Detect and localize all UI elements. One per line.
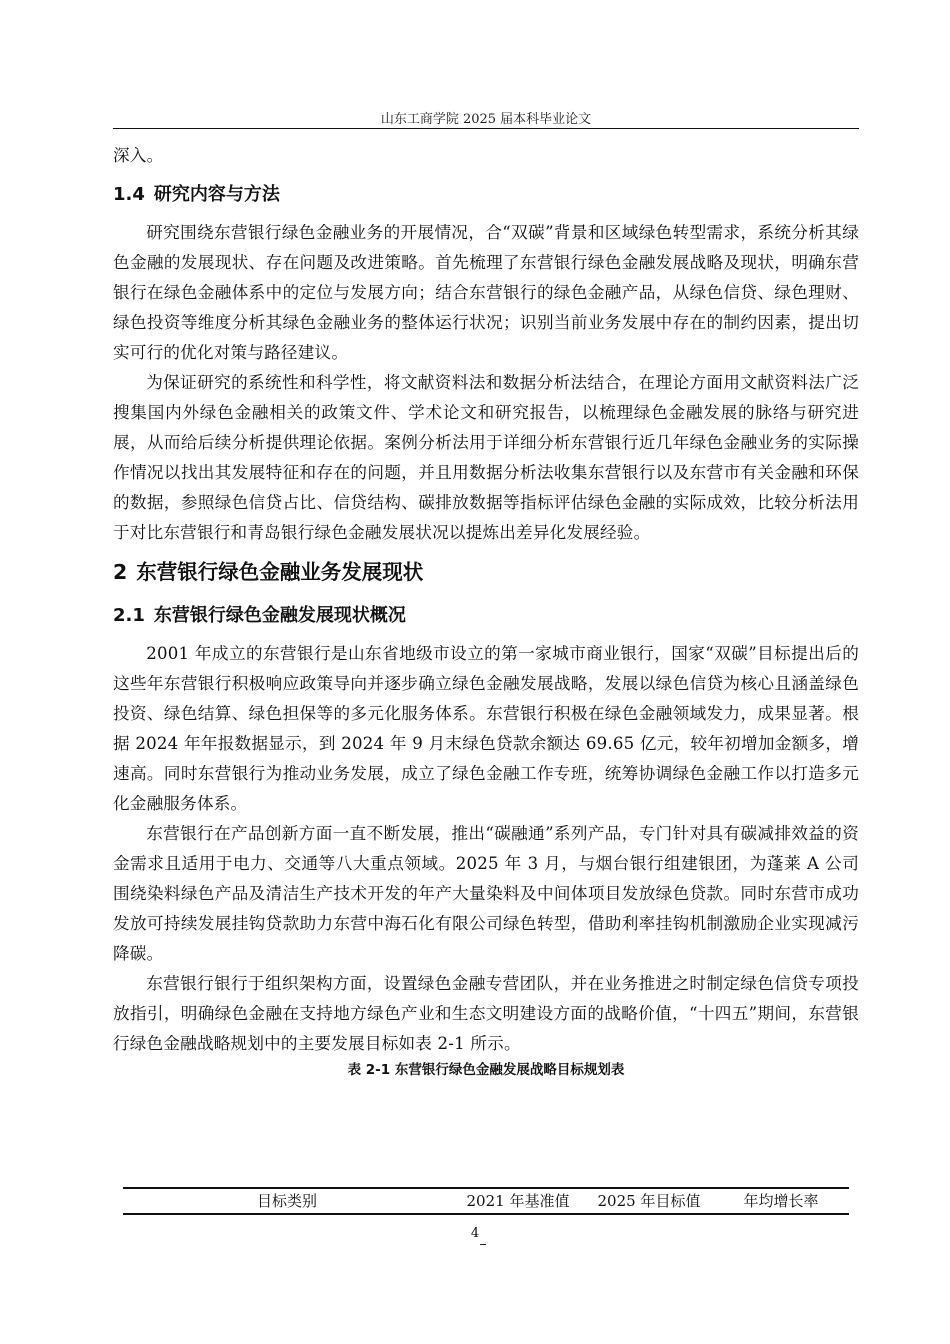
column-header-2021-baseline: 2021 年基准值 <box>451 1188 585 1214</box>
chapter-heading-2: 2东营银行绿色金融业务发展现状 <box>113 550 859 594</box>
page-content: 深入。 1.4研究内容与方法 研究围绕东营银行绿色金融业务的开展情况，合“双碳”… <box>113 141 859 1081</box>
running-header: 山东工商学院 2025 届本科毕业论文 <box>113 108 859 127</box>
continued-paragraph: 深入。 <box>113 141 859 171</box>
column-header-category: 目标类别 <box>123 1188 451 1214</box>
strategy-targets-table: 目标类别 2021 年基准值 2025 年目标值 年均增长率 <box>123 1187 849 1215</box>
column-header-2025-target: 2025 年目标值 <box>585 1188 713 1214</box>
paragraph: 东营银行银行于组织架构方面，设置绿色金融专营团队，并在业务推进之时制定绿色信贷专… <box>113 969 859 1059</box>
page-number: 4 <box>465 1226 485 1241</box>
section-title: 东营银行绿色金融发展现状概况 <box>154 605 406 626</box>
paragraph: 为保证研究的系统性和科学性，将文献资料法和数据分析法结合，在理论方面用文献资料法… <box>113 368 859 548</box>
section-heading-2-1: 2.1东营银行绿色金融发展现状概况 <box>113 594 859 638</box>
section-heading-1-4: 1.4研究内容与方法 <box>113 173 859 217</box>
page-number-underline <box>480 1244 486 1245</box>
paragraph: 东营银行在产品创新方面一直不断发展，推出“碳融通”系列产品，专门针对具有碳减排效… <box>113 819 859 969</box>
chapter-number: 2 <box>113 560 127 584</box>
column-header-annual-growth: 年均增长率 <box>713 1188 849 1214</box>
paragraph: 2001 年成立的东营银行是山东省地级市设立的第一家城市商业银行，国家“双碳”目… <box>113 639 859 819</box>
section-number: 2.1 <box>113 605 145 626</box>
chapter-title: 东营银行绿色金融业务发展现状 <box>136 560 423 584</box>
table-header-row: 目标类别 2021 年基准值 2025 年目标值 年均增长率 <box>123 1188 849 1214</box>
table-caption: 表 2-1 东营银行绿色金融发展战略目标规划表 <box>113 1059 859 1081</box>
document-page: 山东工商学院 2025 届本科毕业论文 深入。 1.4研究内容与方法 研究围绕东… <box>0 0 950 1344</box>
section-title: 研究内容与方法 <box>154 184 280 205</box>
section-number: 1.4 <box>113 184 145 205</box>
paragraph: 研究围绕东营银行绿色金融业务的开展情况，合“双碳”背景和区域绿色转型需求，系统分… <box>113 218 859 368</box>
header-rule <box>113 128 859 129</box>
